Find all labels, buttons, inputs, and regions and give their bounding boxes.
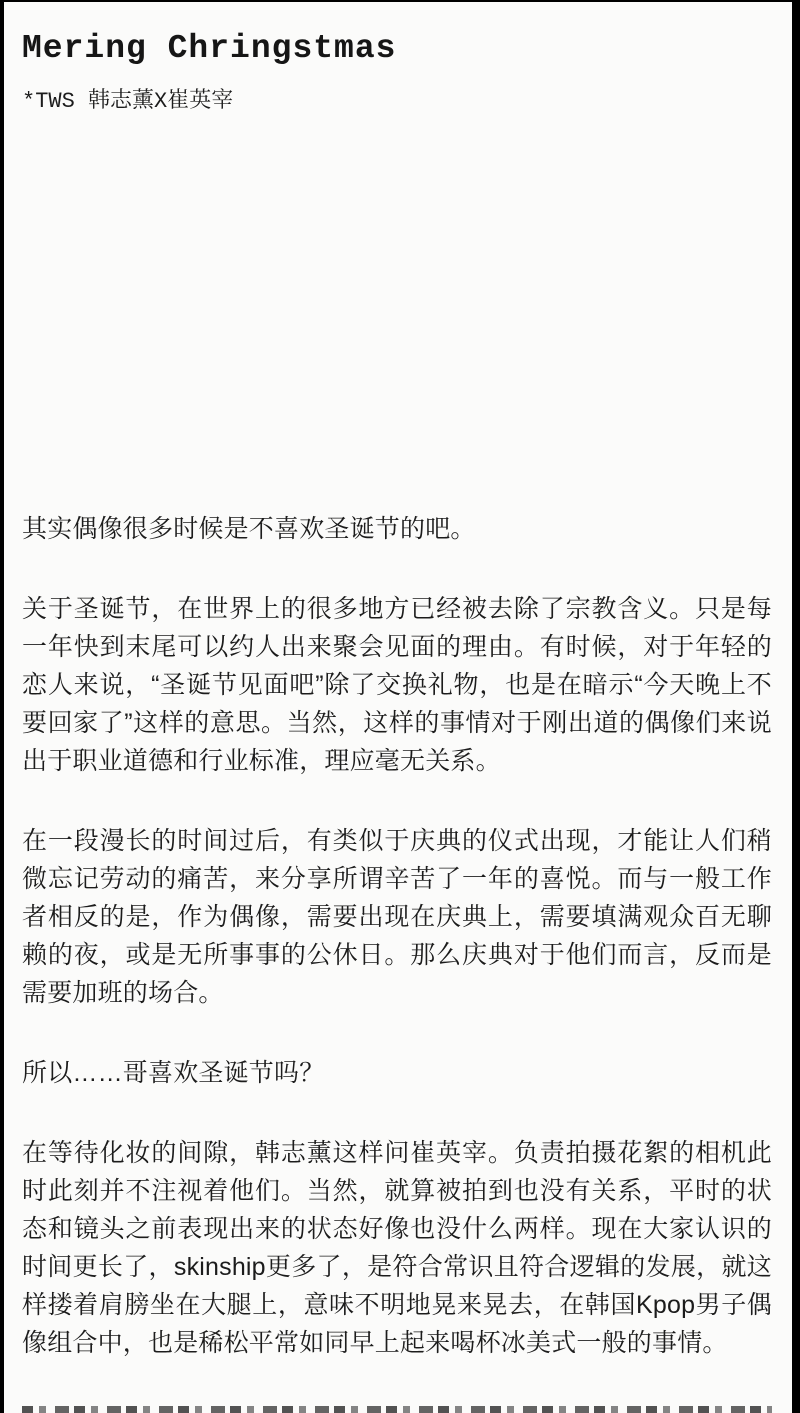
- paragraph-4: 所以……哥喜欢圣诞节吗？: [22, 1054, 772, 1092]
- document-page: Mering Chringstmas *TWS 韩志薰X崔英宰 其实偶像很多时候…: [0, 0, 800, 1413]
- pairing-subtitle: *TWS 韩志薰X崔英宰: [22, 88, 772, 116]
- paragraph-1: 其实偶像很多时候是不喜欢圣诞节的吧。: [22, 510, 772, 548]
- paragraph-3: 在一段漫长的时间过后，有类似于庆典的仪式出现，才能让人们稍微忘记劳动的痛苦，来分…: [22, 822, 772, 1012]
- blank-gap: [22, 116, 772, 468]
- clipped-text-line: [22, 1406, 772, 1413]
- page-title: Mering Chringstmas: [22, 32, 772, 66]
- document-content: Mering Chringstmas *TWS 韩志薰X崔英宰 其实偶像很多时候…: [4, 32, 792, 1413]
- paragraph-5: 在等待化妆的间隙，韩志薰这样问崔英宰。负责拍摄花絮的相机此时此刻并不注视着他们。…: [22, 1134, 772, 1362]
- paragraph-2: 关于圣诞节，在世界上的很多地方已经被去除了宗教含义。只是每一年快到末尾可以约人出…: [22, 590, 772, 780]
